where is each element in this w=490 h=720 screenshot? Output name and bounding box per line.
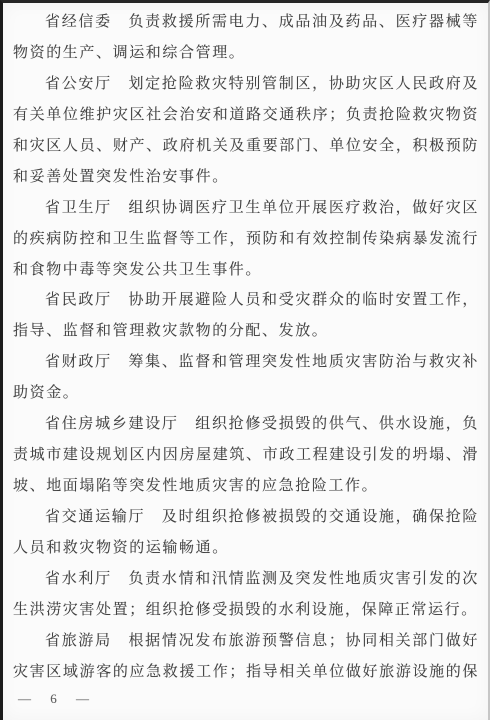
text-line: 生洪涝灾害处置；组织抢修受损毁的水利设施，保障正常运行。 <box>13 595 479 626</box>
text-line: 省经信委 负责救援所需电力、成品油及药品、医疗器械等 <box>13 7 479 38</box>
text-line: 和妥善处置突发性治安事件。 <box>13 162 479 193</box>
text-line: 省交通运输厅 及时组织抢修被损毁的交通设施，确保抢险 <box>13 502 479 533</box>
text-line: 责城市建设规划区内因房屋建筑、市政工程建设引发的坍塌、滑 <box>13 440 479 471</box>
scanned-document-page: 省经信委 负责救援所需电力、成品油及药品、医疗器械等物资的生产、调运和综合管理。… <box>0 0 490 720</box>
text-line: 和食物中毒等突发公共卫生事件。 <box>13 255 479 286</box>
text-line: 人员和救灾物资的运输畅通。 <box>13 533 479 564</box>
text-line: 省住房城乡建设厅 组织抢修受损毁的供气、供水设施，负 <box>13 409 479 440</box>
page-number: — 6 — <box>18 691 91 707</box>
text-line: 灾害区域游客的应急救援工作；指导相关单位做好旅游设施的保 <box>13 657 479 688</box>
text-line: 省公安厅 划定抢险救灾特别管制区，协助灾区人民政府及 <box>13 69 479 100</box>
text-line: 省旅游局 根据情况发布旅游预警信息；协同相关部门做好 <box>13 626 479 657</box>
text-line: 坡、地面塌陷等突发性地质灾害的应急抢险工作。 <box>13 471 479 502</box>
text-line: 省水利厅 负责水情和汛情监测及突发性地质灾害引发的次 <box>13 564 479 595</box>
text-line: 省财政厅 筹集、监督和管理突发性地质灾害防治与救灾补 <box>13 347 479 378</box>
text-line: 的疾病防控和卫生监督等工作，预防和有效控制传染病暴发流行 <box>13 224 479 255</box>
text-line: 指导、监督和管理救灾款物的分配、发放。 <box>13 316 479 347</box>
text-line: 助资金。 <box>13 378 479 409</box>
document-lines: 省经信委 负责救援所需电力、成品油及药品、医疗器械等物资的生产、调运和综合管理。… <box>13 7 479 688</box>
text-line: 省卫生厅 组织协调医疗卫生单位开展医疗救治，做好灾区 <box>13 193 479 224</box>
text-line: 物资的生产、调运和综合管理。 <box>13 38 479 69</box>
text-line: 有关单位维护灾区社会治安和道路交通秩序；负责抢险救灾物资 <box>13 100 479 131</box>
text-line: 省民政厅 协助开展避险人员和受灾群众的临时安置工作， <box>13 285 479 316</box>
text-line: 和灾区人员、财产、政府机关及重要部门、单位安全，积极预防 <box>13 131 479 162</box>
